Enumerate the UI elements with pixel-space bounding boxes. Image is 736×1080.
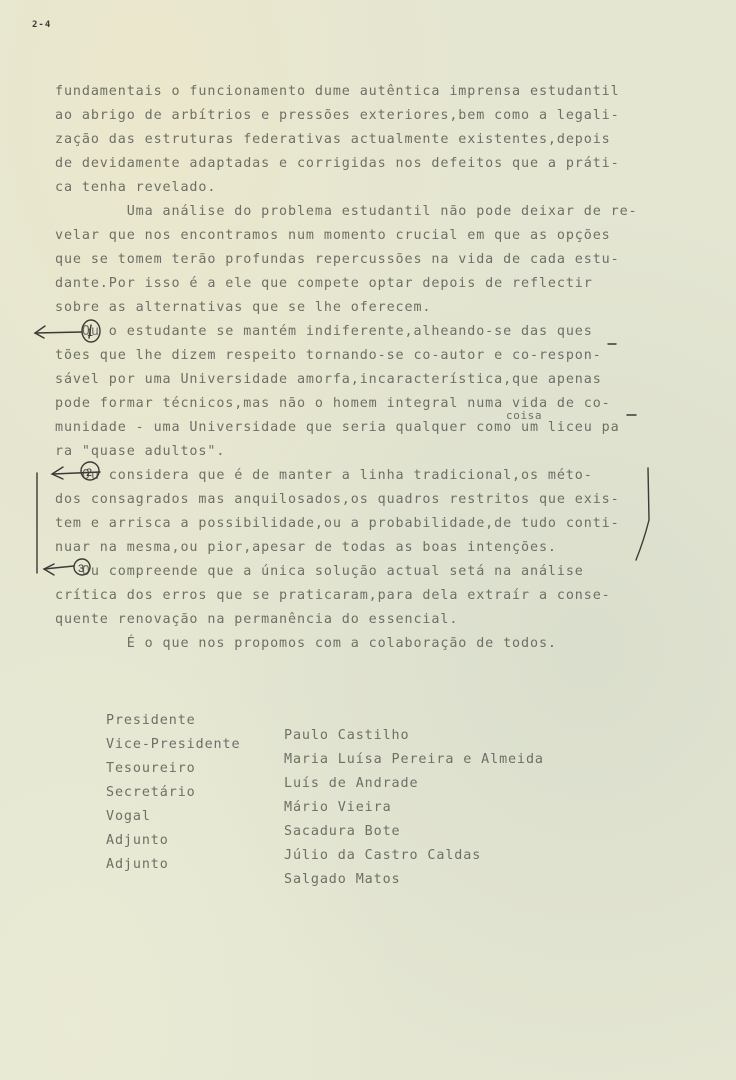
- roster-name: Mário Vieira: [284, 800, 392, 815]
- svg-text:3: 3: [78, 563, 84, 575]
- roster-row: Adjunto Salgado Matos: [106, 842, 160, 866]
- roster-name: Salgado Matos: [284, 872, 401, 887]
- svg-text:1: 1: [87, 327, 93, 339]
- roster-name: Sacadura Bote: [284, 824, 401, 839]
- roster-row: Vice-Presidente Maria Luísa Pereira e Al…: [106, 722, 160, 746]
- roster-name: Luís de Andrade: [284, 776, 418, 791]
- roster-name: Paulo Castilho: [284, 728, 409, 743]
- handwritten-annotations: 1 2 3: [0, 0, 736, 1080]
- margin-bracket-right: [636, 468, 649, 560]
- arrow-marker-2-icon: [52, 462, 100, 480]
- roster-row: Adjunto Júlio da Castro Caldas: [106, 818, 160, 842]
- roster-name: Maria Luísa Pereira e Almeida: [284, 752, 544, 767]
- roster-role: Adjunto: [106, 857, 169, 872]
- roster-row: Secretário Mário Vieira: [106, 770, 160, 794]
- roster-row: Presidente Paulo Castilho: [106, 698, 160, 722]
- roster-row: Tesoureiro Luís de Andrade: [106, 746, 160, 770]
- typed-document-page: 2-4 fundamentais o funcionamento dume au…: [0, 0, 736, 1080]
- roster-row: Vogal Sacadura Bote: [106, 794, 160, 818]
- svg-text:2: 2: [86, 467, 92, 479]
- roster-name: Júlio da Castro Caldas: [284, 848, 481, 863]
